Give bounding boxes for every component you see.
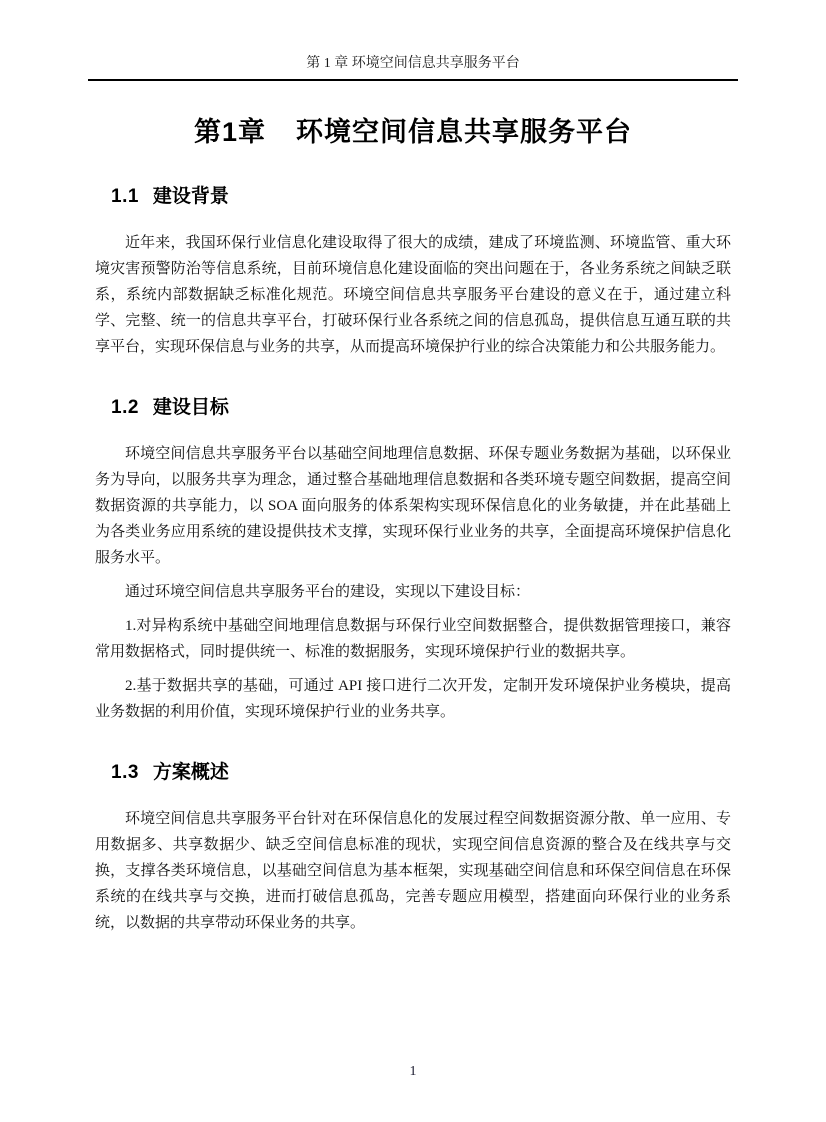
section-heading-1-3: 1.3 方案概述	[95, 761, 731, 785]
paragraph: 通过环境空间信息共享服务平台的建设，实现以下建设目标：	[95, 579, 731, 605]
section-heading-label: 方案概述	[153, 761, 229, 785]
document-page: 第 1 章 环境空间信息共享服务平台 第1章环境空间信息共享服务平台 1.1 建…	[0, 0, 826, 1122]
section-number: 1.2	[111, 396, 139, 420]
section-number: 1.3	[111, 761, 139, 785]
chapter-number: 第1章	[194, 117, 266, 147]
section-heading-1-1: 1.1 建设背景	[95, 185, 731, 209]
section-heading-label: 建设目标	[153, 396, 229, 420]
paragraph: 近年来，我国环保行业信息化建设取得了很大的成绩，建成了环境监测、环境监管、重大环…	[95, 230, 731, 360]
paragraph: 环境空间信息共享服务平台针对在环保信息化的发展过程空间数据资源分散、单一应用、专…	[95, 806, 731, 936]
section-heading-label: 建设背景	[153, 185, 229, 209]
paragraph: 2.基于数据共享的基础，可通过 API 接口进行二次开发，定制开发环境保护业务模…	[95, 673, 731, 725]
document-body: 1.1 建设背景 近年来，我国环保行业信息化建设取得了很大的成绩，建成了环境监测…	[95, 185, 731, 936]
paragraph: 1.对异构系统中基础空间地理信息数据与环保行业空间数据整合，提供数据管理接口，兼…	[95, 613, 731, 665]
section-heading-1-2: 1.2 建设目标	[95, 396, 731, 420]
paragraph: 环境空间信息共享服务平台以基础空间地理信息数据、环保专题业务数据为基础，以环保业…	[95, 441, 731, 571]
page-number: 1	[0, 1064, 826, 1080]
chapter-title: 第1章环境空间信息共享服务平台	[0, 115, 826, 149]
chapter-title-text: 环境空间信息共享服务平台	[296, 117, 632, 147]
running-header: 第 1 章 环境空间信息共享服务平台	[88, 0, 738, 81]
section-number: 1.1	[111, 185, 139, 209]
